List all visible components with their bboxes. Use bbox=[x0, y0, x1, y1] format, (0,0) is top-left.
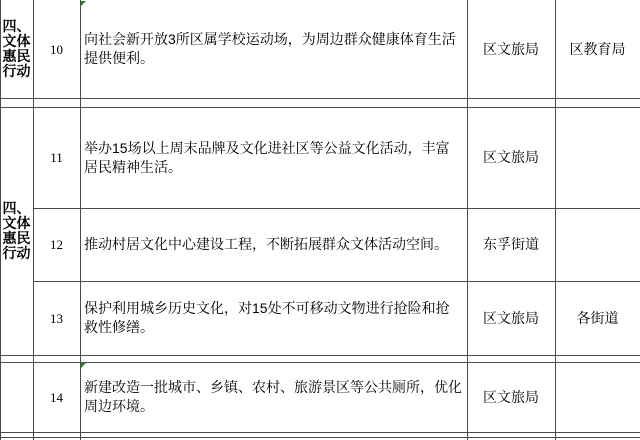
lead-unit: 区文旅局 bbox=[483, 388, 539, 407]
co-unit-cell: 各街道 bbox=[555, 281, 640, 355]
row-number-cell: 10 bbox=[33, 0, 80, 98]
task-cell: 向社会新开放3所区属学校运动场，为周边群众健康体育生活提供便利。 bbox=[80, 0, 467, 98]
row-number: 14 bbox=[50, 388, 63, 407]
category-label: 四、文体惠民行动 bbox=[2, 19, 32, 79]
lead-unit: 区文旅局 bbox=[483, 309, 539, 328]
row-number-cell: 14 bbox=[33, 362, 80, 432]
task-table: 四、文体惠民行动 10 向社会新开放3所区属学校运动场，为周边群众健康体育生活提… bbox=[0, 0, 640, 440]
row-number: 11 bbox=[50, 148, 63, 167]
lead-unit: 区文旅局 bbox=[483, 40, 539, 59]
table-border-horizontal bbox=[0, 355, 640, 356]
lead-unit: 东孚街道 bbox=[483, 235, 539, 254]
co-unit: 各街道 bbox=[577, 309, 619, 328]
cell-error-marker-icon bbox=[81, 1, 86, 6]
row-number-cell: 12 bbox=[33, 208, 80, 281]
row-number: 10 bbox=[50, 40, 63, 59]
co-unit-cell: 区教育局 bbox=[555, 0, 640, 98]
task-cell: 新建改造一批城市、乡镇、农村、旅游景区等公共厕所，优化周边环境。 bbox=[80, 362, 467, 432]
co-unit-cell bbox=[555, 362, 640, 432]
table-border-horizontal bbox=[0, 98, 640, 99]
task-text: 推动村居文化中心建设工程，不断拓展群众文体活动空间。 bbox=[84, 235, 448, 254]
row-number: 13 bbox=[50, 309, 63, 328]
table-border-horizontal bbox=[0, 432, 640, 433]
task-text: 举办15场以上周末品牌及文化进社区等公益文化活动，丰富居民精神生活。 bbox=[84, 139, 462, 177]
lead-unit-cell: 区文旅局 bbox=[467, 281, 555, 355]
task-text: 新建改造一批城市、乡镇、农村、旅游景区等公共厕所，优化周边环境。 bbox=[84, 378, 462, 416]
cell-error-marker-icon bbox=[81, 363, 86, 368]
task-cell: 推动村居文化中心建设工程，不断拓展群众文体活动空间。 bbox=[80, 208, 467, 281]
category-cell-section-c bbox=[0, 362, 33, 432]
co-unit-cell bbox=[555, 107, 640, 208]
lead-unit-cell: 区文旅局 bbox=[467, 362, 555, 432]
task-text: 保护利用城乡历史文化，对15处不可移动文物进行抢险和抢救性修缮。 bbox=[84, 299, 462, 337]
category-cell-section-b: 四、文体惠民行动 bbox=[0, 107, 33, 355]
category-label: 四、文体惠民行动 bbox=[2, 201, 32, 261]
category-cell-section-a: 四、文体惠民行动 bbox=[0, 0, 33, 98]
co-unit-cell bbox=[555, 208, 640, 281]
table-border-horizontal bbox=[0, 437, 640, 438]
row-number-cell: 13 bbox=[33, 281, 80, 355]
lead-unit: 区文旅局 bbox=[483, 148, 539, 167]
co-unit: 区教育局 bbox=[570, 40, 626, 59]
lead-unit-cell: 区文旅局 bbox=[467, 0, 555, 98]
task-text: 向社会新开放3所区属学校运动场，为周边群众健康体育生活提供便利。 bbox=[84, 30, 462, 68]
lead-unit-cell: 区文旅局 bbox=[467, 107, 555, 208]
task-cell: 举办15场以上周末品牌及文化进社区等公益文化活动，丰富居民精神生活。 bbox=[80, 107, 467, 208]
lead-unit-cell: 东孚街道 bbox=[467, 208, 555, 281]
task-cell: 保护利用城乡历史文化，对15处不可移动文物进行抢险和抢救性修缮。 bbox=[80, 281, 467, 355]
row-number-cell: 11 bbox=[33, 107, 80, 208]
row-number: 12 bbox=[50, 235, 63, 254]
